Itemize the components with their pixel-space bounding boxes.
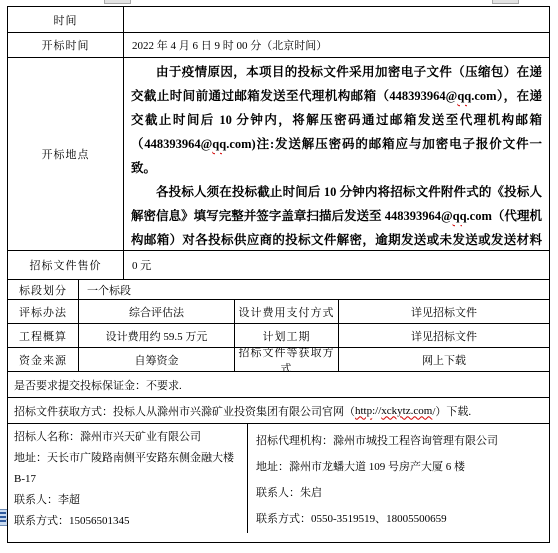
row-budget-label2: 计划工期 <box>234 324 338 347</box>
misspell-squiggle: qq <box>453 209 467 223</box>
row-time-value <box>123 7 549 32</box>
row-open-time-value: 2022 年 4 月 6 日 9 时 00 分（北京时间） <box>123 33 549 57</box>
row-contacts: 招标人名称：滁州市兴天矿业有限公司地址：天长市广陵路南侧平安路东侧金融大楼B-1… <box>8 423 549 533</box>
row-open-place-value: 由于疫情原因，本项目的投标文件采用加密电子文件（压缩包）在递交截止时间前通过邮箱… <box>123 58 549 250</box>
row-eval: 评标办法 综合评估法 设计费用支付方式 详见招标文件 <box>8 299 549 323</box>
open-place-paragraph-2: 各投标人须在投标截止时间后 10 分钟内将招标文件附件式的《投标人解密信息》填写… <box>131 180 542 250</box>
row-time-label: 时间 <box>8 7 123 32</box>
row-price-label: 招标文件售价 <box>8 251 123 279</box>
deposit-requirement-text: 是否要求提交投标保证金：不要求. <box>8 372 549 397</box>
row-eval-label2: 设计费用支付方式 <box>234 300 338 323</box>
row-open-time: 开标时间 2022 年 4 月 6 日 9 时 00 分（北京时间） <box>8 32 549 57</box>
row-price: 招标文件售价 0 元 <box>8 250 549 279</box>
row-fund-value: 自筹资金 <box>78 348 234 371</box>
row-open-place-label: 开标地点 <box>8 58 123 250</box>
open-place-paragraph-1: 由于疫情原因，本项目的投标文件采用加密电子文件（压缩包）在递交截止时间前通过邮箱… <box>131 60 542 180</box>
row-section-value: 一个标段 <box>78 280 549 299</box>
contact-line: 地址：滁州市龙蟠大道 109 号房产大厦 6 楼 <box>256 454 545 480</box>
row-obtain: 招标文件获取方式：投标人从滁州市兴滁矿业投资集团有限公司官网（http://xc… <box>8 397 549 423</box>
row-time: 时间 <box>8 7 549 32</box>
misspell-squiggle: qq <box>212 137 226 151</box>
row-open-place: 开标地点 由于疫情原因，本项目的投标文件采用加密电子文件（压缩包）在递交截止时间… <box>8 57 549 250</box>
contact-line: 联系方式：0550-3519519、18005500659 <box>256 506 545 532</box>
row-section-label: 标段划分 <box>8 280 78 299</box>
contact-line: 联系人：朱启 <box>256 480 545 506</box>
misspell-squiggle: xckytz.com <box>381 405 432 417</box>
row-fund-label2: 招标文件等获取方式 <box>234 348 338 371</box>
row-eval-value: 综合评估法 <box>78 300 234 323</box>
misspell-squiggle: http <box>355 405 372 417</box>
row-open-time-label: 开标时间 <box>8 33 123 57</box>
row-fund-value2: 网上下载 <box>338 348 549 371</box>
row-eval-value2: 详见招标文件 <box>338 300 549 323</box>
row-price-value: 0 元 <box>123 251 549 279</box>
table-move-handle-right <box>492 0 519 4</box>
row-eval-label: 评标办法 <box>8 300 78 323</box>
contact-line: 招标人名称：滁州市兴天矿业有限公司 <box>14 427 243 448</box>
row-fund: 资金来源 自筹资金 招标文件等获取方式 网上下载 <box>8 347 549 371</box>
row-deposit: 是否要求提交投标保证金：不要求. <box>8 371 549 397</box>
contact-line: 联系方式：15056501345 <box>14 511 243 532</box>
misspell-squiggle: qq <box>457 89 471 103</box>
agency-contact-block: 招标代理机构：滁州市城投工程咨询管理有限公司地址：滁州市龙蟠大道 109 号房产… <box>247 424 549 533</box>
row-budget-value2: 详见招标文件 <box>338 324 549 347</box>
table-move-handle-left <box>104 0 131 4</box>
document-obtain-text: 招标文件获取方式：投标人从滁州市兴滁矿业投资集团有限公司官网（http://xc… <box>8 398 549 423</box>
bid-info-table: 时间 开标时间 2022 年 4 月 6 日 9 时 00 分（北京时间） 开标… <box>7 6 550 543</box>
row-section: 标段划分 一个标段 <box>8 279 549 299</box>
contact-line: 地址：天长市广陵路南侧平安路东侧金融大楼B-17 <box>14 448 243 490</box>
row-budget: 工程概算 设计费用约 59.5 万元 计划工期 详见招标文件 <box>8 323 549 347</box>
row-fund-label: 资金来源 <box>8 348 78 371</box>
row-budget-label: 工程概算 <box>8 324 78 347</box>
contact-line: 联系人：李超 <box>14 490 243 511</box>
contact-line: 招标代理机构：滁州市城投工程咨询管理有限公司 <box>256 428 545 454</box>
tenderer-contact-block: 招标人名称：滁州市兴天矿业有限公司地址：天长市广陵路南侧平安路东侧金融大楼B-1… <box>8 424 247 533</box>
row-budget-value: 设计费用约 59.5 万元 <box>78 324 234 347</box>
